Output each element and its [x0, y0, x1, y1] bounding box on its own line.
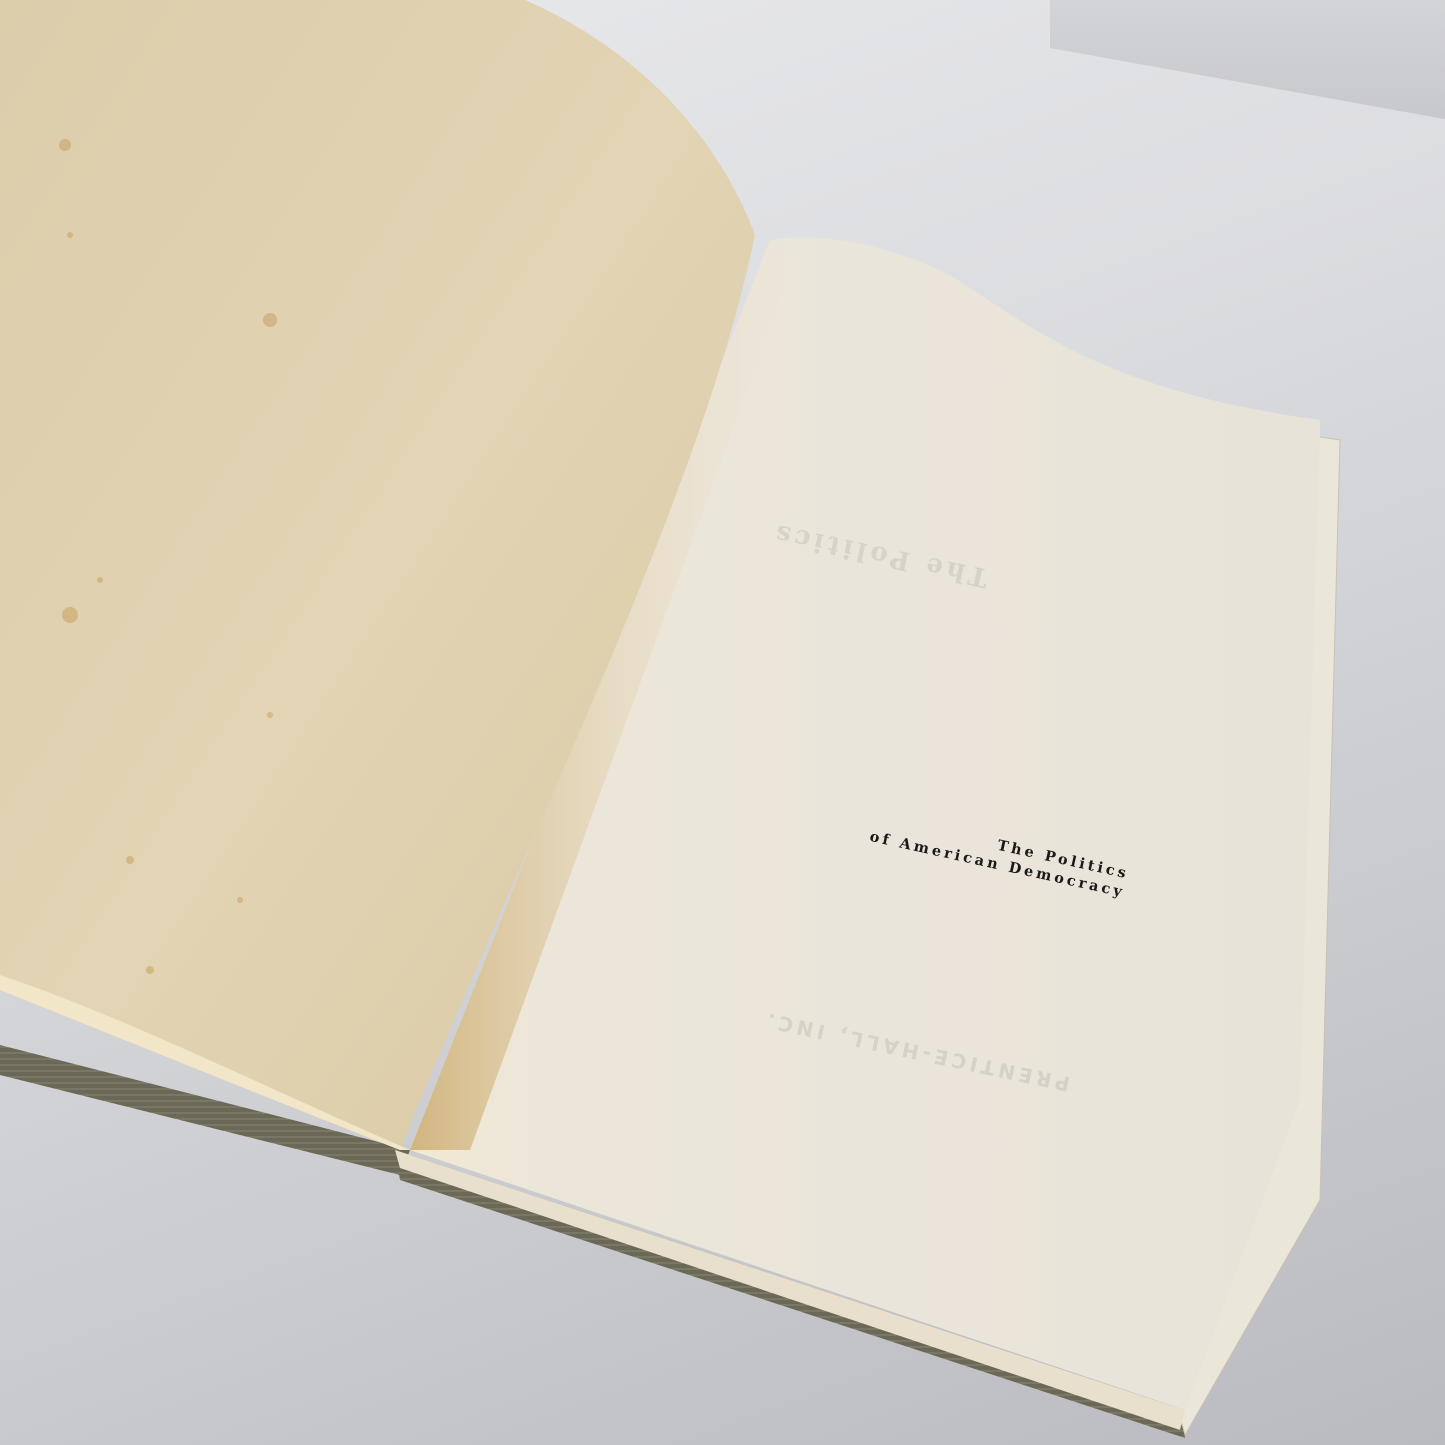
photo-scene: The Politics PRENTICE-HALL, INC. The Pol…	[0, 0, 1445, 1445]
open-book	[0, 0, 1445, 1445]
